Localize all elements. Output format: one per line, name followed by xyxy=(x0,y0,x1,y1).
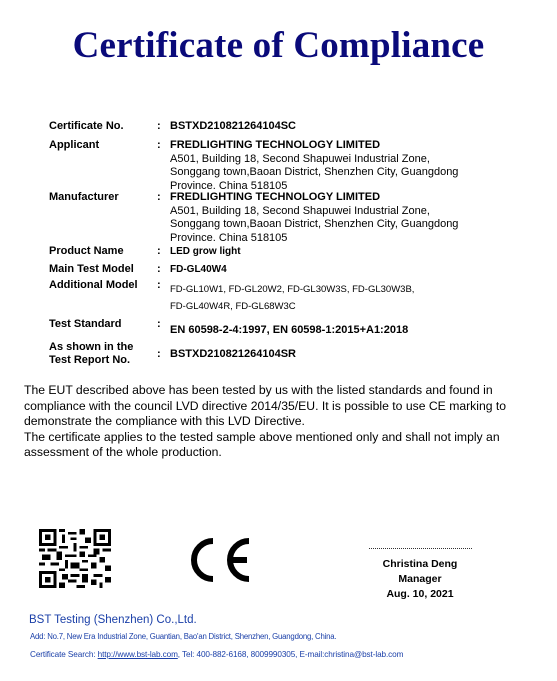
field-label: Applicant xyxy=(49,139,99,152)
manufacturer-address-line: Province. China 518105 xyxy=(170,232,458,246)
field-label: Main Test Model xyxy=(49,263,134,276)
additional-model-line: FD-GL40W4R, FD-GL68W3C xyxy=(170,298,414,315)
certificate-number: BSTXD210821264104SC xyxy=(170,120,296,134)
manufacturer-address-line: Songgang town,Baoan District, Shenzhen C… xyxy=(170,218,458,232)
signatory-title: Manager xyxy=(360,573,480,585)
main-test-model: FD-GL40W4 xyxy=(170,263,227,277)
colon: : xyxy=(157,279,161,292)
search-label: Certificate Search: xyxy=(30,650,98,659)
signature-line xyxy=(369,548,472,549)
statement-paragraph: The EUT described above has been tested … xyxy=(24,383,534,430)
compliance-statement: The EUT described above has been tested … xyxy=(24,383,534,461)
website-link[interactable]: http://www.bst-lab.com xyxy=(98,650,178,659)
statement-paragraph: The certificate applies to the tested sa… xyxy=(24,430,534,461)
qr-code-icon xyxy=(39,529,111,588)
manufacturer-address-line: A501, Building 18, Second Shapuwei Indus… xyxy=(170,205,458,219)
applicant-name: FREDLIGHTING TECHNOLOGY LIMITED xyxy=(170,139,458,153)
field-label: Additional Model xyxy=(49,279,138,292)
test-report-number: BSTXD210821264104SR xyxy=(170,348,296,362)
manufacturer-name: FREDLIGHTING TECHNOLOGY LIMITED xyxy=(170,191,458,205)
additional-models: FD-GL10W1, FD-GL20W2, FD-GL30W3S, FD-GL3… xyxy=(170,281,414,315)
field-label: Product Name xyxy=(49,245,124,258)
colon: : xyxy=(157,191,161,204)
colon: : xyxy=(157,139,161,152)
colon: : xyxy=(157,245,161,258)
colon: : xyxy=(157,120,161,133)
colon: : xyxy=(157,318,161,331)
ce-mark-icon xyxy=(185,535,253,585)
manufacturer-value: FREDLIGHTING TECHNOLOGY LIMITED A501, Bu… xyxy=(170,191,458,245)
footer-company: BST Testing (Shenzhen) Co.,Ltd. xyxy=(29,614,197,626)
additional-model-line: FD-GL10W1, FD-GL20W2, FD-GL30W3S, FD-GL3… xyxy=(170,281,414,298)
footer-address: Add: No.7, New Era Industrial Zone, Guan… xyxy=(30,632,336,641)
contact-info: , Tel: 400-882-6168, 8009990305, E-mail:… xyxy=(178,650,404,659)
applicant-value: FREDLIGHTING TECHNOLOGY LIMITED A501, Bu… xyxy=(170,139,458,193)
field-label: Manufacturer xyxy=(49,191,119,204)
product-name: LED grow light xyxy=(170,245,241,259)
page-title: Certificate of Compliance xyxy=(0,24,557,67)
field-label: Test Standard xyxy=(49,318,122,331)
test-standard: EN 60598-2-4:1997, EN 60598-1:2015+A1:20… xyxy=(170,324,408,338)
applicant-address-line: Songgang town,Baoan District, Shenzhen C… xyxy=(170,166,458,180)
colon: : xyxy=(157,263,161,276)
field-label: As shown in the Test Report No. xyxy=(49,341,133,367)
colon: : xyxy=(157,348,161,361)
signatory-name: Christina Deng xyxy=(360,558,480,570)
applicant-address-line: A501, Building 18, Second Shapuwei Indus… xyxy=(170,153,458,167)
signature-date: Aug. 10, 2021 xyxy=(360,588,480,600)
field-label: Certificate No. xyxy=(49,120,124,133)
footer-contact: Certificate Search: http://www.bst-lab.c… xyxy=(30,650,403,659)
